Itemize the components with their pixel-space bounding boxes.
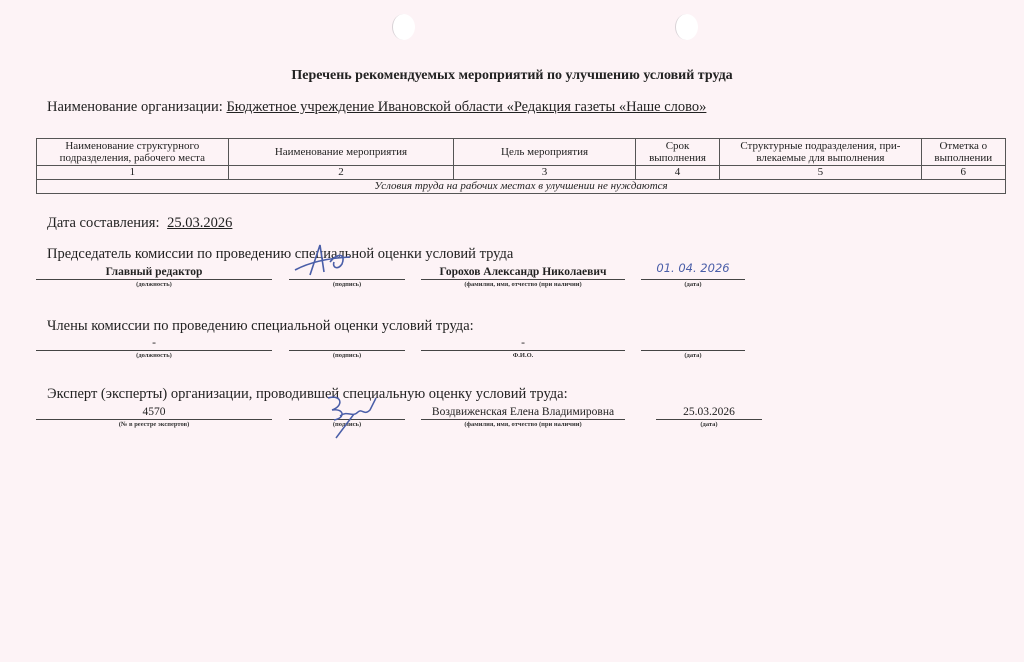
header-cell: Наименование мероприятия	[228, 139, 454, 166]
chairman-date: 01. 04. 2026	[641, 257, 745, 280]
chairman-name-caption: (фамилия, имя, отчество (при наличии)	[421, 280, 625, 290]
measures-table: Наименование структурного подразделения,…	[36, 138, 1006, 194]
member-signature-field: (подпись)	[289, 336, 405, 361]
header-cell: Структурные подразделения, при-влекаемые…	[720, 139, 921, 166]
expert-signature-icon	[318, 392, 388, 440]
punch-hole-right	[675, 14, 698, 40]
member-signature-caption: (подпись)	[289, 351, 405, 361]
number-cell: 1	[37, 166, 229, 180]
document-title: Перечень рекомендуемых мероприятий по ул…	[0, 68, 1024, 84]
chairman-signature-caption: (подпись)	[289, 280, 405, 290]
chairman-signature-icon	[290, 240, 360, 280]
date-compiled-value: 25.03.2026	[163, 215, 254, 231]
punch-hole-left	[392, 14, 415, 40]
table-note-row: Условия труда на рабочих местах в улучше…	[37, 179, 1006, 193]
member-date-caption: (дата)	[641, 351, 745, 361]
number-cell: 3	[454, 166, 636, 180]
expert-name: Воздвиженская Елена Владимировна	[421, 405, 625, 420]
table-header-row: Наименование структурного подразделения,…	[37, 139, 1006, 166]
expert-registry-caption: (№ в реестре экспертов)	[36, 420, 272, 430]
chairman-date-field: 01. 04. 2026 (дата)	[641, 265, 745, 290]
header-cell: Срок выполнения	[635, 139, 719, 166]
header-cell: Отметка о выполнении	[921, 139, 1005, 166]
member-position-caption: (должность)	[36, 351, 272, 361]
organization-label: Наименование организации:	[47, 99, 223, 115]
table-number-row: 1 2 3 4 5 6	[37, 166, 1006, 180]
organization-line: Наименование организации: Бюджетное учре…	[47, 99, 712, 116]
expert-date-field: 25.03.2026 (дата)	[656, 405, 762, 430]
chairman-heading: Председатель комиссии по проведению спец…	[47, 246, 513, 263]
member-position-field: - (должность)	[36, 336, 272, 361]
member-position: -	[36, 336, 272, 351]
table-note: Условия труда на рабочих местах в улучше…	[37, 179, 1006, 193]
chairman-date-caption: (дата)	[641, 280, 745, 290]
members-heading: Члены комиссии по проведению специальной…	[47, 318, 474, 335]
expert-name-caption: (фамилия, имя, отчество (при наличии)	[421, 420, 625, 430]
member-name-caption: Ф.И.О.	[421, 351, 625, 361]
member-name-field: - Ф.И.О.	[421, 336, 625, 361]
number-cell: 5	[720, 166, 921, 180]
number-cell: 4	[635, 166, 719, 180]
chairman-position: Главный редактор	[36, 265, 272, 280]
chairman-name: Горохов Александр Николаевич	[421, 265, 625, 280]
member-signature-line	[289, 336, 405, 351]
expert-heading: Эксперт (эксперты) организации, проводив…	[47, 386, 568, 403]
number-cell: 2	[228, 166, 454, 180]
number-cell: 6	[921, 166, 1005, 180]
chairman-position-field: Главный редактор (должность)	[36, 265, 272, 290]
header-cell: Цель мероприятия	[454, 139, 636, 166]
expert-date: 25.03.2026	[656, 405, 762, 420]
expert-date-caption: (дата)	[656, 420, 762, 430]
chairman-name-field: Горохов Александр Николаевич (фамилия, и…	[421, 265, 625, 290]
expert-name-field: Воздвиженская Елена Владимировна (фамили…	[421, 405, 625, 430]
expert-registry-field: 4570 (№ в реестре экспертов)	[36, 405, 272, 430]
member-date-field: (дата)	[641, 336, 745, 361]
member-name: -	[421, 336, 625, 351]
expert-registry-number: 4570	[36, 405, 272, 420]
organization-value: Бюджетное учреждение Ивановской области …	[226, 99, 712, 115]
header-cell: Наименование структурного подразделения,…	[37, 139, 229, 166]
member-date	[641, 336, 745, 351]
chairman-position-caption: (должность)	[36, 280, 272, 290]
date-compiled-label: Дата составления:	[47, 215, 160, 231]
date-compiled-line: Дата составления: 25.03.2026	[47, 215, 254, 232]
